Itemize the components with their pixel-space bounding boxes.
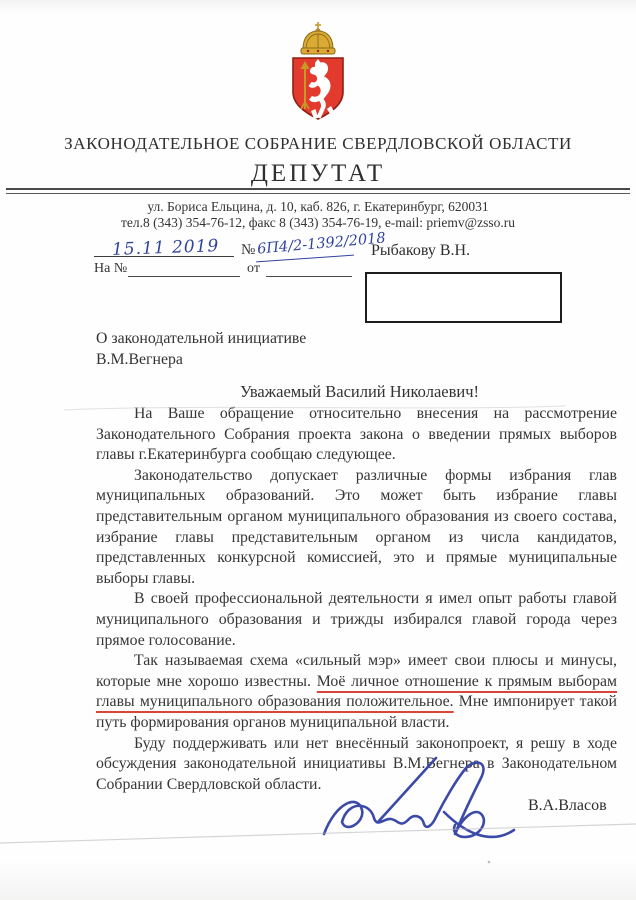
paragraph-4: Так называемая схема «сильный мэр» имеет…	[96, 651, 617, 733]
paragraph-3: В своей профессиональной деятельности я …	[96, 589, 617, 651]
subject-block: О законодательной инициативе В.М.Вегнера	[96, 328, 306, 370]
crown-icon	[301, 22, 335, 54]
scanned-letter-page: ЗАКОНОДАТЕЛЬНОЕ СОБРАНИЕ СВЕРДЛОВСКОЙ ОБ…	[0, 0, 636, 900]
position-title: ДЕПУТАТ	[0, 160, 636, 188]
shield-icon	[293, 58, 343, 119]
subject-line-2: В.М.Вегнера	[96, 349, 306, 370]
on-number-underline	[128, 276, 240, 277]
coat-of-arms-sverdlovsk-icon	[286, 21, 350, 123]
salutation: Уважаемый Василий Николаевич!	[240, 382, 479, 402]
signer-name: В.А.Власов	[528, 797, 607, 815]
redacted-address-box	[365, 272, 562, 323]
organization-name: ЗАКОНОДАТЕЛЬНОЕ СОБРАНИЕ СВЕРДЛОВСКОЙ ОБ…	[0, 134, 636, 154]
date-underline	[94, 256, 234, 257]
recipient-name: Рыбакову В.Н.	[371, 242, 470, 260]
letter-body: На Ваше обращение относительно внесения …	[96, 404, 617, 795]
paragraph-2: Законодательство допускает различные фор…	[96, 466, 617, 590]
address-line-1: ул. Бориса Ельцина, д. 10, каб. 826, г. …	[0, 199, 636, 215]
handwritten-outgoing-number: 6П4/2-1392/2018	[257, 230, 387, 257]
on-number-label: На №	[94, 261, 127, 277]
subject-line-1: О законодательной инициативе	[96, 328, 306, 349]
letterhead-divider	[6, 188, 630, 194]
from-label: от	[247, 261, 260, 277]
paragraph-1: На Ваше обращение относительно внесения …	[96, 404, 617, 466]
signature-ink-icon	[318, 756, 543, 852]
number-label: №	[241, 242, 255, 259]
from-underline	[266, 276, 352, 277]
address-line-2: тел.8 (343) 354-76-12, факс 8 (343) 354-…	[0, 215, 636, 231]
